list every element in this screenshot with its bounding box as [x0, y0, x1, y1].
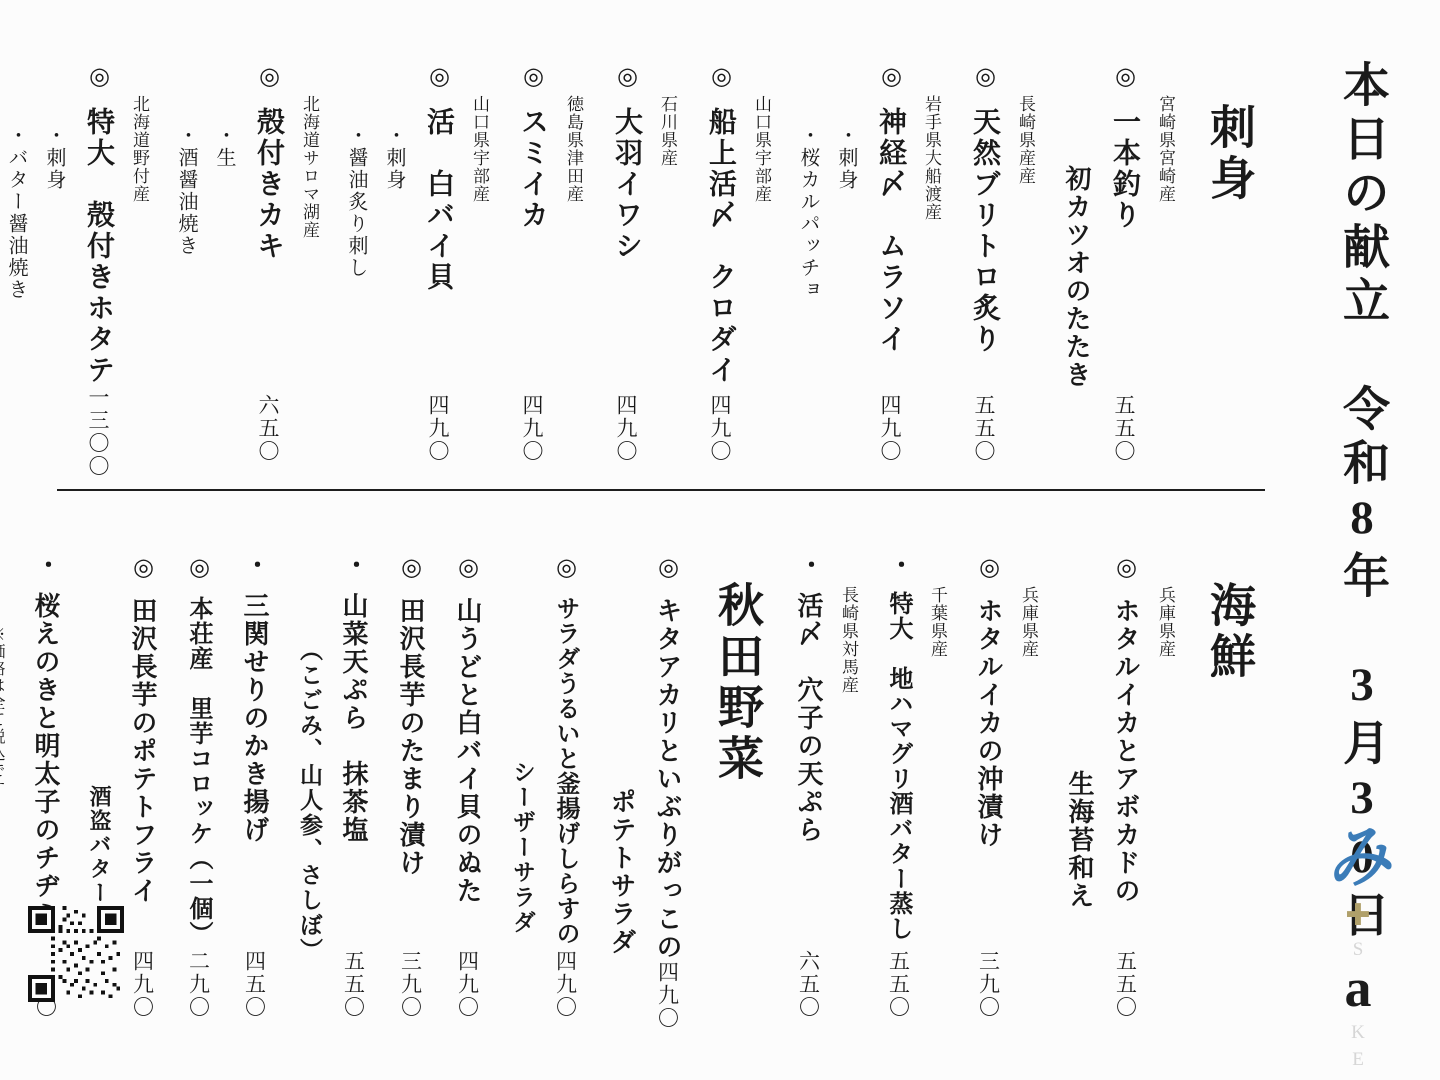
item-style: ・刺身: [380, 57, 409, 459]
item-style: ・刺身: [40, 57, 69, 459]
item-style: ・桜カルパッチョ: [794, 57, 823, 459]
item-price: 一三〇〇: [83, 386, 113, 478]
takeout-marker-icon: ◎: [425, 61, 451, 93]
item-name: 山うどと白バイ貝のぬた: [453, 597, 482, 905]
item-main-column: ◎ホタルイカとアボカドの 五五〇: [1107, 548, 1144, 1019]
brand-mark-icon: み: [1320, 820, 1395, 898]
item-origin: 兵庫県産: [1153, 548, 1178, 1015]
takeout-marker-icon: ◎: [975, 552, 1001, 583]
item-name: 大羽イワシ: [611, 107, 642, 262]
menu-item: ・山菜天ぷら 抹茶塩 五五〇 （こごみ、山人参、さしぼ）: [293, 548, 372, 1015]
item-price: 五五〇: [1109, 394, 1139, 463]
menu-item: 山口県宇部産 ◎活 白バイ貝 四九〇 ・刺身 ・醤油炙り刺し: [342, 57, 492, 459]
item-price: 四九〇: [423, 394, 453, 463]
item-origin: 山口県宇部産: [467, 57, 492, 459]
menu-item: ◎キタアカリといぶりがっこの 四九〇 ポテトサラダ: [603, 548, 686, 1015]
item-name: 特大 地ハマグリ酒バター蒸し: [885, 591, 911, 941]
item-name: 本荘産 里芋コロッケ（一個）: [185, 596, 211, 946]
item-main-column: ◎田沢長芋のたまり漬け 三九〇: [392, 548, 429, 1019]
item-price: 三九〇: [974, 950, 1004, 1019]
dot-marker-icon: ・: [241, 552, 267, 578]
menu-item: ◎本荘産 里芋コロッケ（一個） 二九〇: [181, 548, 216, 1015]
item-main-column: ◎大羽イワシ 四九〇: [606, 57, 646, 463]
item-name: キタアカリといぶりがっこの: [653, 597, 682, 961]
item-price: 四九〇: [128, 950, 158, 1019]
dot-marker-icon: ・: [32, 552, 58, 578]
item-main-column: ◎サラダうるいと釜揚げしらすの 四九〇: [548, 548, 583, 1019]
item-main-column: ◎天然ブリトロ炙り 五五〇: [964, 57, 1004, 463]
menu-item: 兵庫県産 ◎ホタルイカの沖漬け 三九〇: [970, 548, 1041, 1015]
dot-marker-icon: ・: [795, 552, 821, 578]
item-price: 二九〇: [184, 950, 214, 1019]
item-main-column: ◎キタアカリといぶりがっこの 四九〇: [649, 548, 686, 1019]
section-heading: 刺身: [1196, 57, 1262, 459]
item-main-column: ・特大 地ハマグリ酒バター蒸し 五五〇: [881, 548, 916, 1019]
item-main-column: ◎活 白バイ貝 四九〇: [418, 57, 458, 463]
item-name: 活〆 穴子の天ぷら: [794, 592, 823, 844]
page-title: 本日の献立 令和8年 3月30日: [1329, 60, 1396, 840]
item-price: 五五〇: [884, 950, 914, 1019]
menu-item: ・三関せりのかき揚げ 四五〇: [236, 548, 273, 1015]
section-sashimi: 刺身 宮崎県宮崎産 ◎一本釣り 五五〇 初カツオのたたき 長崎県産産 ◎天然ブリ…: [0, 57, 1262, 459]
item-price: 六五〇: [794, 950, 824, 1019]
item-style: ・バター醤油焼き: [2, 57, 31, 459]
takeout-marker-icon: ◎: [654, 552, 680, 583]
item-origin: 岩手県大船渡産: [919, 57, 944, 459]
item-price: 六五〇: [253, 394, 283, 463]
item-name: サラダうるいと釜揚げしらすの: [552, 596, 578, 946]
item-origin: 千葉県産: [925, 548, 950, 1015]
takeout-marker-icon: ◎: [1112, 552, 1138, 583]
item-main-column: ◎殻付きカキ 六五〇: [248, 57, 288, 463]
item-origin: 長崎県産産: [1013, 57, 1038, 459]
item-style: ・生: [210, 57, 239, 459]
item-main-column: ◎神経〆 ムラソイ 四九〇: [870, 57, 910, 463]
item-main-column: ◎一本釣り 五五〇: [1104, 57, 1144, 463]
menu-item: 石川県産 ◎大羽イワシ 四九〇: [606, 57, 680, 459]
menu-item: 兵庫県産 ◎ホタルイカとアボカドの 五五〇 生海苔和え: [1061, 548, 1178, 1015]
item-name: 殻付きカキ: [253, 107, 284, 262]
item-origin: 宮崎県宮崎産: [1153, 57, 1178, 459]
takeout-marker-icon: ◎: [707, 61, 733, 93]
item-price: 四五〇: [240, 950, 270, 1019]
menu-item: 山口県宇部産 ◎船上活〆 クロダイ 四九〇: [700, 57, 774, 459]
takeout-marker-icon: ◎: [1111, 61, 1137, 93]
section-divider: [57, 489, 1265, 491]
takeout-marker-icon: ◎: [129, 552, 155, 583]
brand-letter: a: [1345, 961, 1372, 1015]
item-price: 五五〇: [1111, 950, 1141, 1019]
item-name: 神経〆 ムラソイ: [875, 107, 906, 355]
menu-item: 北海道野付産 ◎特大 殻付きホタテ 一三〇〇 ・刺身 ・バター醤油焼き: [2, 57, 152, 459]
takeout-marker-icon: ◎: [454, 552, 480, 583]
item-main-column: ◎スミイカ 四九〇: [512, 57, 552, 463]
item-main-column: ◎田沢長芋のポテトフライ 四九〇: [124, 548, 161, 1019]
item-name: 一本釣り: [1109, 107, 1140, 231]
item-main-column: ◎山うどと白バイ貝のぬた 四九〇: [449, 548, 486, 1019]
item-name: ホタルイカとアボカドの: [1111, 597, 1140, 905]
section-heading: 秋田野菜: [704, 548, 770, 1015]
section-seafood-and-vegetables: 海鮮 兵庫県産 ◎ホタルイカとアボカドの 五五〇 生海苔和え 兵庫県産 ◎ホタル…: [0, 548, 1262, 1015]
brand-letter: E: [1352, 1050, 1364, 1069]
item-main-column: ◎特大 殻付きホタテ 一三〇〇: [78, 57, 118, 463]
item-main-column: ・三関せりのかき揚げ 四五〇: [236, 548, 273, 1019]
menu-item: 北海道サロマ湖産 ◎殻付きカキ 六五〇 ・生 ・酒醤油焼き: [172, 57, 322, 459]
takeout-marker-icon: ◎: [85, 61, 111, 93]
item-price: 五五〇: [969, 394, 999, 463]
item-style: ・醤油炙り刺し: [342, 57, 371, 459]
qr-code: [28, 906, 124, 1002]
takeout-marker-icon: ◎: [971, 61, 997, 93]
item-name: 桜えのきと明太子のチヂミ: [31, 592, 60, 928]
takeout-marker-icon: ◎: [185, 552, 211, 582]
item-name: 船上活〆 クロダイ: [705, 107, 736, 386]
item-name: スミイカ: [517, 107, 548, 231]
item-price: 四九〇: [611, 394, 641, 463]
item-name: 天然ブリトロ炙り: [969, 107, 1000, 355]
item-name-continued: 初カツオのたたき: [1058, 57, 1095, 459]
item-origin: 兵庫県産: [1016, 548, 1041, 1015]
menu-item: ◎山うどと白バイ貝のぬた 四九〇: [449, 548, 486, 1015]
item-name: 特大 殻付きホタテ: [83, 107, 114, 386]
menu-item: 徳島県津田産 ◎スミイカ 四九〇: [512, 57, 586, 459]
takeout-marker-icon: ◎: [255, 61, 281, 93]
takeout-marker-icon: ◎: [613, 61, 639, 93]
item-main-column: ・活〆 穴子の天ぷら 六五〇: [790, 548, 827, 1019]
item-main-column: ・山菜天ぷら 抹茶塩 五五〇: [335, 548, 372, 1019]
dot-marker-icon: ・: [340, 552, 366, 578]
brand-letter: S: [1353, 940, 1364, 959]
item-name-continued: 生海苔和え: [1061, 548, 1098, 1015]
plus-icon: ✚: [1345, 899, 1370, 932]
menu-item: 岩手県大船渡産 ◎神経〆 ムラソイ 四九〇 ・刺身 ・桜カルパッチョ: [794, 57, 944, 459]
item-price: 四九〇: [705, 394, 735, 463]
item-name: 活 白バイ貝: [423, 107, 454, 293]
takeout-marker-icon: ◎: [397, 552, 423, 583]
takeout-marker-icon: ◎: [552, 552, 578, 582]
item-price: 四九〇: [453, 950, 483, 1019]
brand-letter: K: [1351, 1023, 1365, 1042]
brand-logo: み ✚ S a K E: [1316, 824, 1400, 1069]
item-name-continued: （こごみ、山人参、さしぼ）: [293, 548, 326, 1015]
item-price: 五五〇: [339, 950, 369, 1019]
item-price: 四九〇: [653, 961, 683, 1030]
takeout-marker-icon: ◎: [519, 61, 545, 93]
item-name: 山菜天ぷら 抹茶塩: [339, 592, 368, 844]
item-name: ホタルイカの沖漬け: [974, 597, 1003, 849]
item-main-column: ◎船上活〆 クロダイ 四九〇: [700, 57, 740, 463]
item-main-column: ◎本荘産 里芋コロッケ（一個） 二九〇: [181, 548, 216, 1019]
menu-item: ◎田沢長芋のたまり漬け 三九〇: [392, 548, 429, 1015]
item-origin: 石川県産: [655, 57, 680, 459]
footnote-tax: ※価格は全て税込です: [0, 548, 7, 1015]
dot-marker-icon: ・: [885, 552, 911, 577]
takeout-marker-icon: ◎: [877, 61, 903, 93]
item-origin: 北海道サロマ湖産: [297, 57, 322, 459]
item-price: 四九〇: [551, 950, 581, 1019]
menu-item: 長崎県対馬産 ・活〆 穴子の天ぷら 六五〇: [790, 548, 861, 1015]
item-price: 四九〇: [517, 394, 547, 463]
item-style: ・酒醤油焼き: [172, 57, 201, 459]
menu-item: 宮崎県宮崎産 ◎一本釣り 五五〇 初カツオのたたき: [1058, 57, 1178, 459]
item-origin: 山口県宇部産: [749, 57, 774, 459]
item-main-column: ◎ホタルイカの沖漬け 三九〇: [970, 548, 1007, 1019]
menu-item: 長崎県産産 ◎天然ブリトロ炙り 五五〇: [964, 57, 1038, 459]
item-name: 田沢長芋のポテトフライ: [128, 597, 157, 905]
item-price: 三九〇: [396, 950, 426, 1019]
item-name: 田沢長芋のたまり漬け: [396, 597, 425, 877]
item-style: ・刺身: [832, 57, 861, 459]
menu-item: 千葉県産 ・特大 地ハマグリ酒バター蒸し 五五〇: [881, 548, 950, 1015]
menu-item: ◎サラダうるいと釜揚げしらすの 四九〇 シーザーサラダ: [506, 548, 583, 1015]
item-origin: 徳島県津田産: [561, 57, 586, 459]
item-name-continued: ポテトサラダ: [603, 548, 640, 1015]
menu-page: 本日の献立 令和8年 3月30日 刺身 宮崎県宮崎産 ◎一本釣り 五五〇 初カツ…: [0, 0, 1440, 1080]
item-origin: 北海道野付産: [127, 57, 152, 459]
item-name: 三関せりのかき揚げ: [240, 592, 269, 844]
section-heading: 海鮮: [1196, 548, 1262, 1015]
item-price: 四九〇: [875, 394, 905, 463]
item-origin: 長崎県対馬産: [836, 548, 861, 1015]
item-name-continued: シーザーサラダ: [506, 548, 539, 1015]
